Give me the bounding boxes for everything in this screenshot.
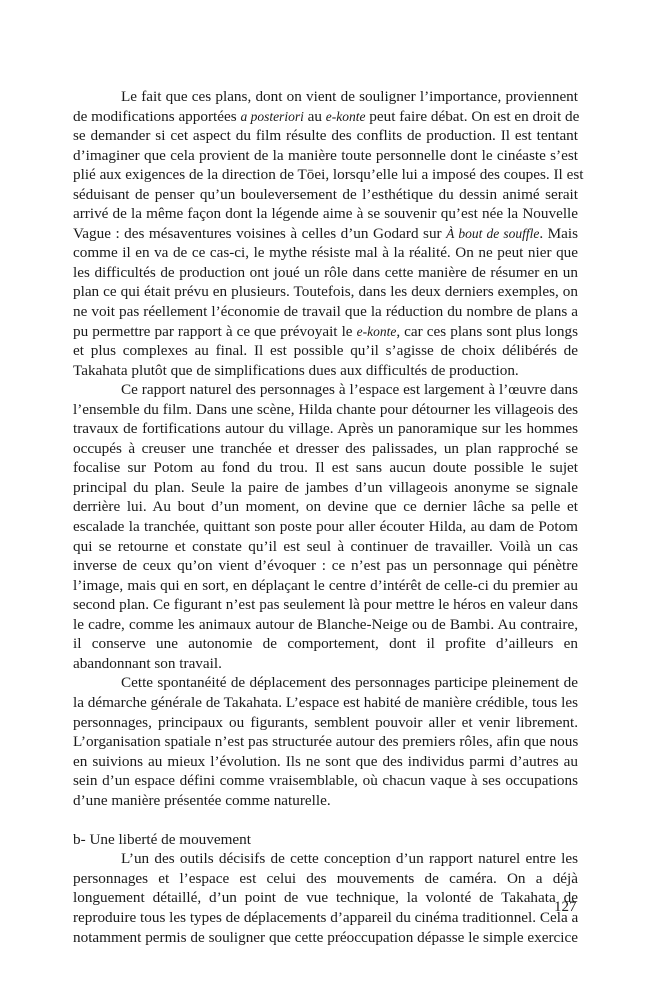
paragraph: Cette spontanéité de déplacement des per… bbox=[73, 673, 578, 810]
paragraph-final: L’un des outils décisifs de cette concep… bbox=[73, 849, 578, 947]
page-number: 127 bbox=[554, 899, 577, 916]
text-line: occupés à creuser une tranchée et dresse… bbox=[73, 439, 578, 459]
italic-title: e-konte bbox=[357, 324, 397, 339]
italic-title: a posteriori bbox=[240, 109, 303, 124]
italic-title: À bout de souffle bbox=[446, 226, 539, 241]
section-spacer bbox=[73, 810, 578, 830]
text-line: en suivions au mieux l’évolution. Ils ne… bbox=[73, 752, 578, 772]
text-line: arrivé de la même façon dont la légende … bbox=[73, 204, 578, 224]
text-line: plié aux exigences de la direction de Tō… bbox=[73, 165, 578, 185]
text-line: L’un des outils décisifs de cette concep… bbox=[73, 849, 578, 869]
text-line: focalise sur Potom au fond du trou. Il e… bbox=[73, 458, 578, 478]
text-line: reproduire tous les types de déplacement… bbox=[73, 908, 578, 928]
text-line: escalade la tranchée, quittant son poste… bbox=[73, 517, 578, 537]
document-page: Le fait que ces plans, dont on vient de … bbox=[73, 87, 578, 947]
text-line: la démarche générale de Takahata. L’espa… bbox=[73, 693, 578, 713]
text-line: derrière lui. Au bout d’un moment, on de… bbox=[73, 497, 578, 517]
text-line: le cadre, comme les animaux autour de Bl… bbox=[73, 615, 578, 635]
text-line: d’imaginer que cela provient de la maniè… bbox=[73, 146, 578, 166]
text-line: principal du plan. Seule la paire de jam… bbox=[73, 478, 578, 498]
text-line: il conserve une autonomie de comportemen… bbox=[73, 634, 578, 654]
section-heading: b- Une liberté de mouvement bbox=[73, 830, 578, 850]
text-line: L’organisation spatiale n’est pas struct… bbox=[73, 732, 578, 752]
text-line: d’une manière présentée comme naturelle. bbox=[73, 791, 578, 811]
text-line: personnages et l’espace est celui des mo… bbox=[73, 869, 578, 889]
body-text: Le fait que ces plans, dont on vient de … bbox=[73, 87, 578, 810]
text-line: séduisant de penser qu’un bouleversement… bbox=[73, 185, 578, 205]
text-line: qui se retourne et constate qu’il est se… bbox=[73, 537, 578, 557]
text-line: ne voit pas réellement l’économie de tra… bbox=[73, 302, 578, 322]
text-line: l’image, mais qui en sort, en déplaçant … bbox=[73, 576, 578, 596]
text-line: longuement détaillé, d’un point de vue t… bbox=[73, 888, 578, 908]
text-line: Le fait que ces plans, dont on vient de … bbox=[73, 87, 578, 107]
text-line: sein d’un espace défini comme vraisembla… bbox=[73, 771, 578, 791]
text-line: de modifications apportées a posteriori … bbox=[73, 107, 578, 127]
text-line: plan ce qui était prévu en plusieurs. To… bbox=[73, 282, 578, 302]
paragraph: Le fait que ces plans, dont on vient de … bbox=[73, 87, 578, 380]
text-line: pu permettre par rapport à ce que prévoy… bbox=[73, 322, 578, 342]
text-line: l’ensemble du film. Dans une scène, Hild… bbox=[73, 400, 578, 420]
text-line: se demander si cet aspect du film résult… bbox=[73, 126, 578, 146]
text-line: Ce rapport naturel des personnages à l’e… bbox=[73, 380, 578, 400]
text-line: abandonnant son travail. bbox=[73, 654, 578, 674]
text-line: personnages, principaux ou figurants, se… bbox=[73, 713, 578, 733]
paragraph: Ce rapport naturel des personnages à l’e… bbox=[73, 380, 578, 673]
text-line: Vague : des mésaventures voisines à cell… bbox=[73, 224, 578, 244]
text-line: travaux de fortifications autour du vill… bbox=[73, 419, 578, 439]
text-line: les difficultés de production ont joué u… bbox=[73, 263, 578, 283]
text-line: inverse de ceux qu’on vient d’évoquer : … bbox=[73, 556, 578, 576]
text-line: Takahata plutôt que de simplifications d… bbox=[73, 361, 578, 381]
text-line: notamment permis de souligner que cette … bbox=[73, 928, 578, 948]
text-line: Cette spontanéité de déplacement des per… bbox=[73, 673, 578, 693]
italic-title: e-konte bbox=[326, 109, 366, 124]
text-line: second plan. Ce figurant n’est pas seule… bbox=[73, 595, 578, 615]
text-line: comme il en va de ce cas-ci, le mythe ré… bbox=[73, 243, 578, 263]
text-line: et plus complexes au final. Il est possi… bbox=[73, 341, 578, 361]
